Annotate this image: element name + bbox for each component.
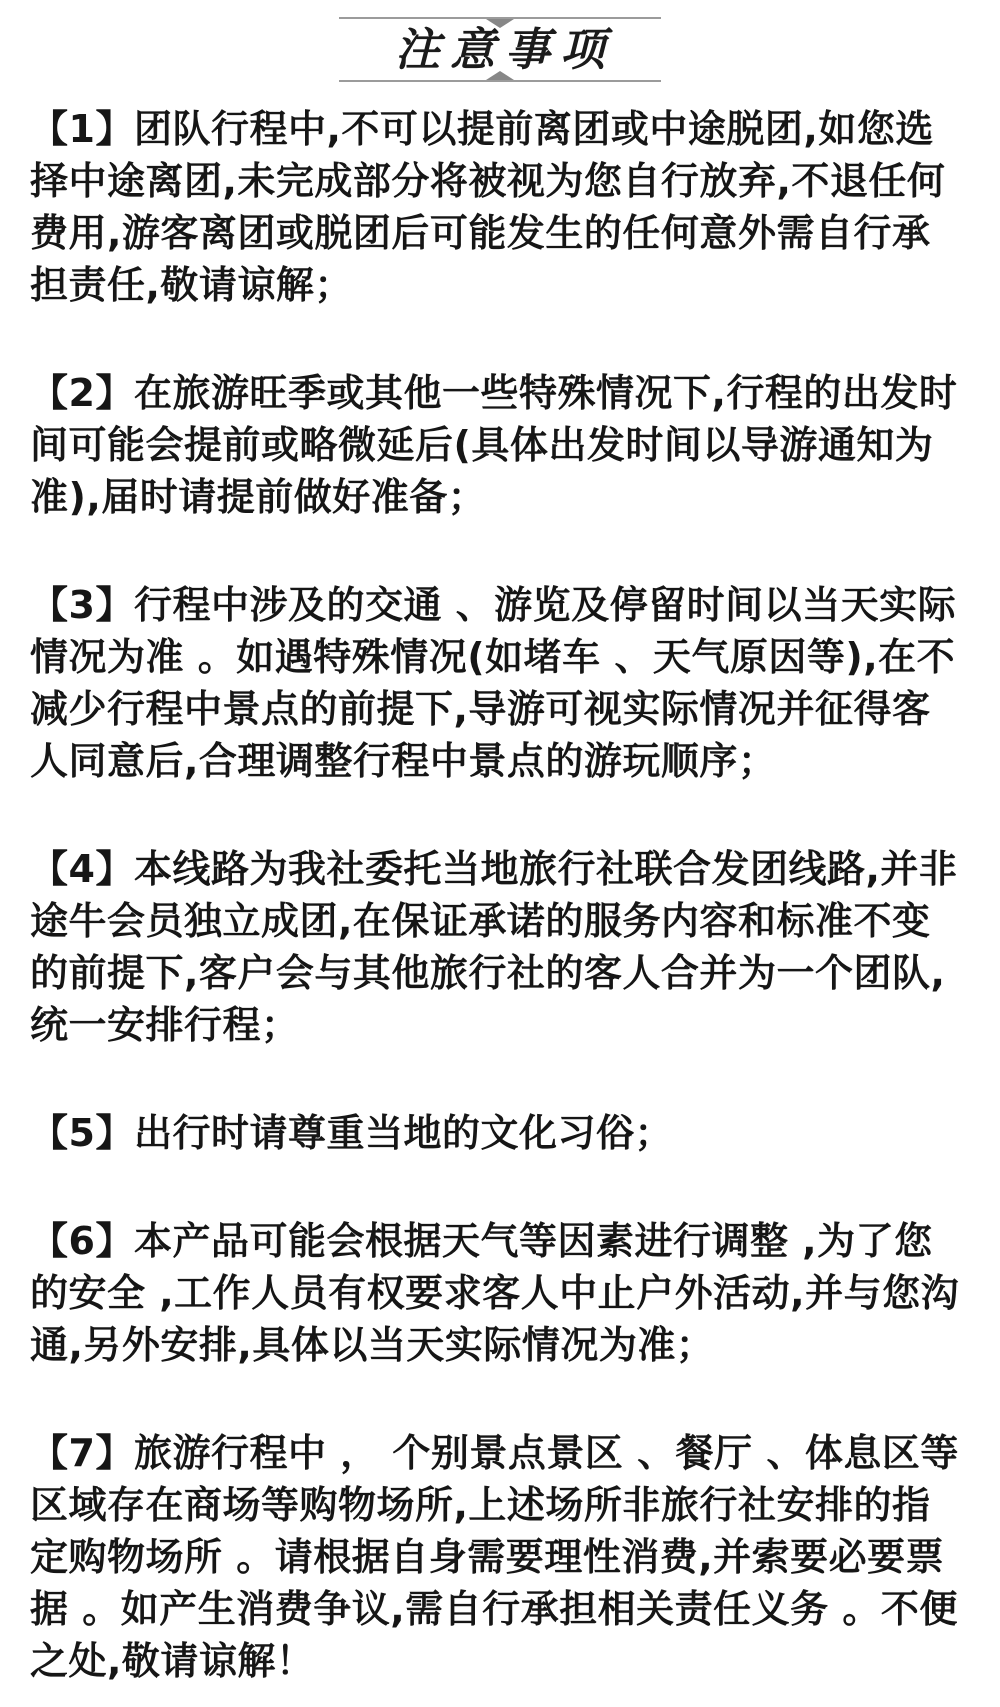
notice-item-6: 【6】本产品可能会根据天气等因素进行调整 ,为了您的安全 ,工作人员有权要求客人… [30, 1215, 965, 1371]
notice-item-2: 【2】在旅游旺季或其他一些特殊情况下,行程的出发时间可能会提前或略微延后(具体出… [30, 367, 965, 523]
notice-item-5: 【5】出行时请尊重当地的文化习俗； [30, 1107, 965, 1159]
notice-item-4: 【4】本线路为我社委托当地旅行社联合发团线路,并非途牛会员独立成团,在保证承诺的… [30, 843, 965, 1051]
triangle-down-icon [486, 19, 514, 28]
triangle-up-icon [486, 71, 514, 80]
notice-item-3: 【3】行程中涉及的交通 、游览及停留时间以当天实际情况为准 。如遇特殊情况(如堵… [30, 579, 965, 787]
notice-item-7: 【7】旅游行程中 ， 个别景点景区 、餐厅 、体息区等区域存在商场等购物场所,上… [30, 1427, 965, 1687]
notice-item-1: 【1】团队行程中,不可以提前离团或中途脱团,如您选择中途离团,未完成部分将被视为… [30, 103, 965, 311]
notice-header: 注意事项 [339, 0, 661, 82]
notice-list: 【1】团队行程中,不可以提前离团或中途脱团,如您选择中途离团,未完成部分将被视为… [0, 82, 1000, 1707]
header-bottom-rule [339, 80, 661, 82]
header-top-rule [339, 17, 661, 19]
notice-page: 注意事项 【1】团队行程中,不可以提前离团或中途脱团,如您选择中途离团,未完成部… [0, 0, 1000, 1707]
